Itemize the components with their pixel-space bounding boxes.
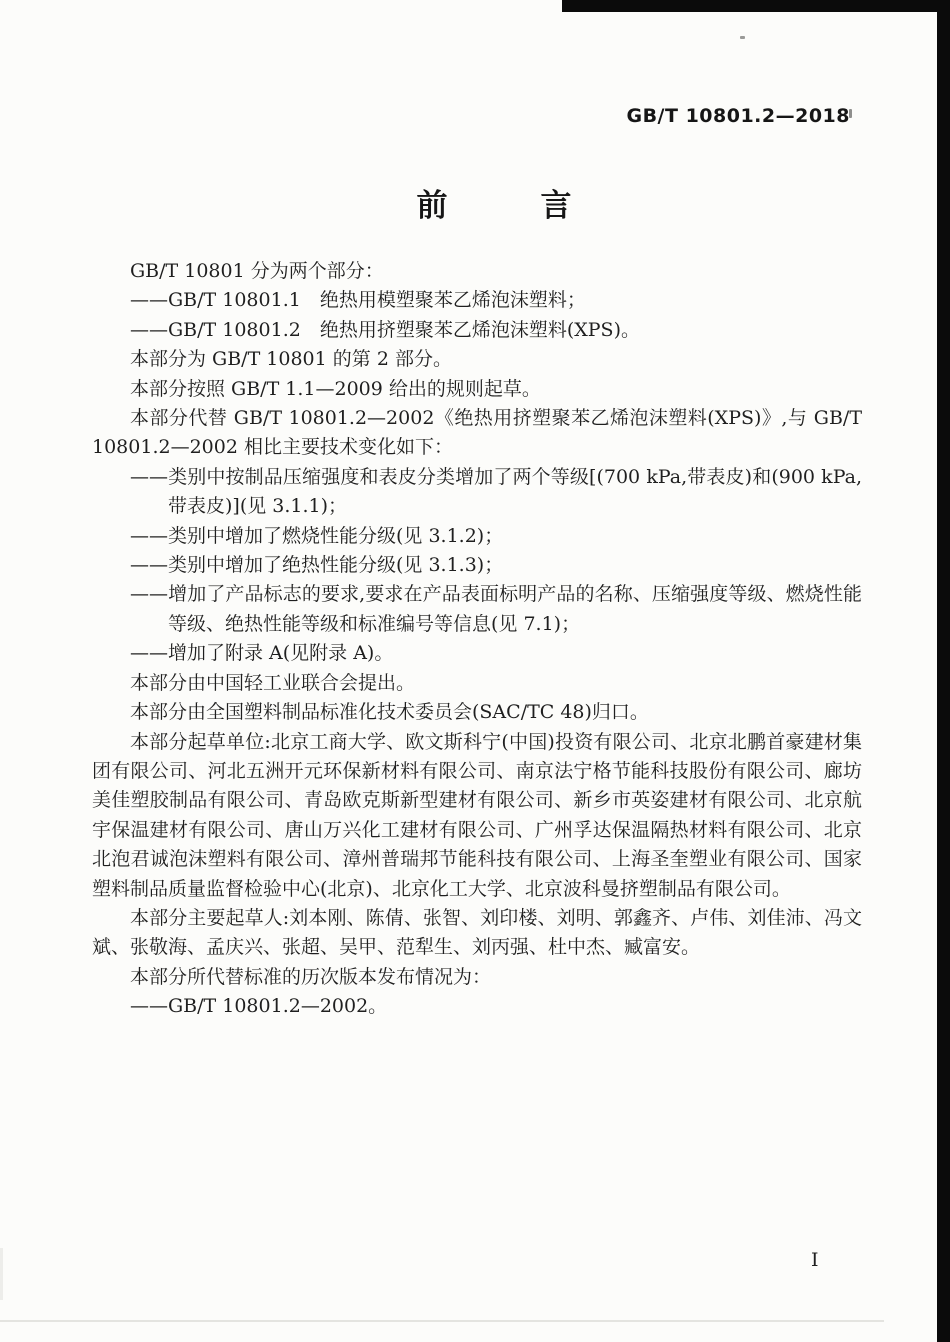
foreword-paragraph: ——GB/T 10801.1 绝热用模塑聚苯乙烯泡沫塑料； [92,286,862,315]
foreword-paragraph: ——增加了附录 A(见附录 A)。 [92,639,862,668]
foreword-paragraph: ——类别中按制品压缩强度和表皮分类增加了两个等级[(700 kPa,带表皮)和(… [92,463,862,522]
foreword-paragraph: ——GB/T 10801.2 绝热用挤塑聚苯乙烯泡沫塑料(XPS)。 [92,316,862,345]
foreword-paragraph: GB/T 10801 分为两个部分： [92,257,862,286]
scan-smudge [0,1248,3,1300]
foreword-paragraph: 本部分由全国塑料制品标准化技术委员会(SAC/TC 48)归口。 [92,698,862,727]
foreword-paragraph: 本部分由中国轻工业联合会提出。 [92,669,862,698]
foreword-paragraph: 本部分按照 GB/T 1.1—2009 给出的规则起草。 [92,375,862,404]
scan-edge-top-bar [562,0,950,12]
page-number: I [811,1249,819,1271]
standard-number-header: GB/T 10801.2—2018 [626,105,850,127]
foreword-paragraph: ——类别中增加了燃烧性能分级(见 3.1.2)； [92,522,862,551]
foreword-paragraph: 本部分所代替标准的历次版本发布情况为： [92,963,862,992]
scanned-document-page: GB/T 10801.2—2018 前 言 GB/T 10801 分为两个部分：… [0,0,950,1342]
scan-speck [740,36,745,39]
foreword-paragraph: ——GB/T 10801.2—2002。 [92,992,862,1021]
foreword-paragraph: 本部分主要起草人:刘本刚、陈倩、张智、刘印楼、刘明、郭鑫齐、卢伟、刘佳沛、冯文斌… [92,904,862,963]
scan-edge-bottom-line [0,1320,884,1322]
foreword-paragraph: ——类别中增加了绝热性能分级(见 3.1.3)； [92,551,862,580]
foreword-paragraph: 本部分为 GB/T 10801 的第 2 部分。 [92,345,862,374]
foreword-paragraph: 本部分代替 GB/T 10801.2—2002《绝热用挤塑聚苯乙烯泡沫塑料(XP… [92,404,862,463]
foreword-paragraph: 本部分起草单位:北京工商大学、欧文斯科宁(中国)投资有限公司、北京北鹏首豪建材集… [92,728,862,904]
foreword-body: GB/T 10801 分为两个部分：——GB/T 10801.1 绝热用模塑聚苯… [92,257,862,1022]
foreword-paragraph: ——增加了产品标志的要求,要求在产品表面标明产品的名称、压缩强度等级、燃烧性能等… [92,580,862,639]
page-title: 前 言 [19,180,950,225]
